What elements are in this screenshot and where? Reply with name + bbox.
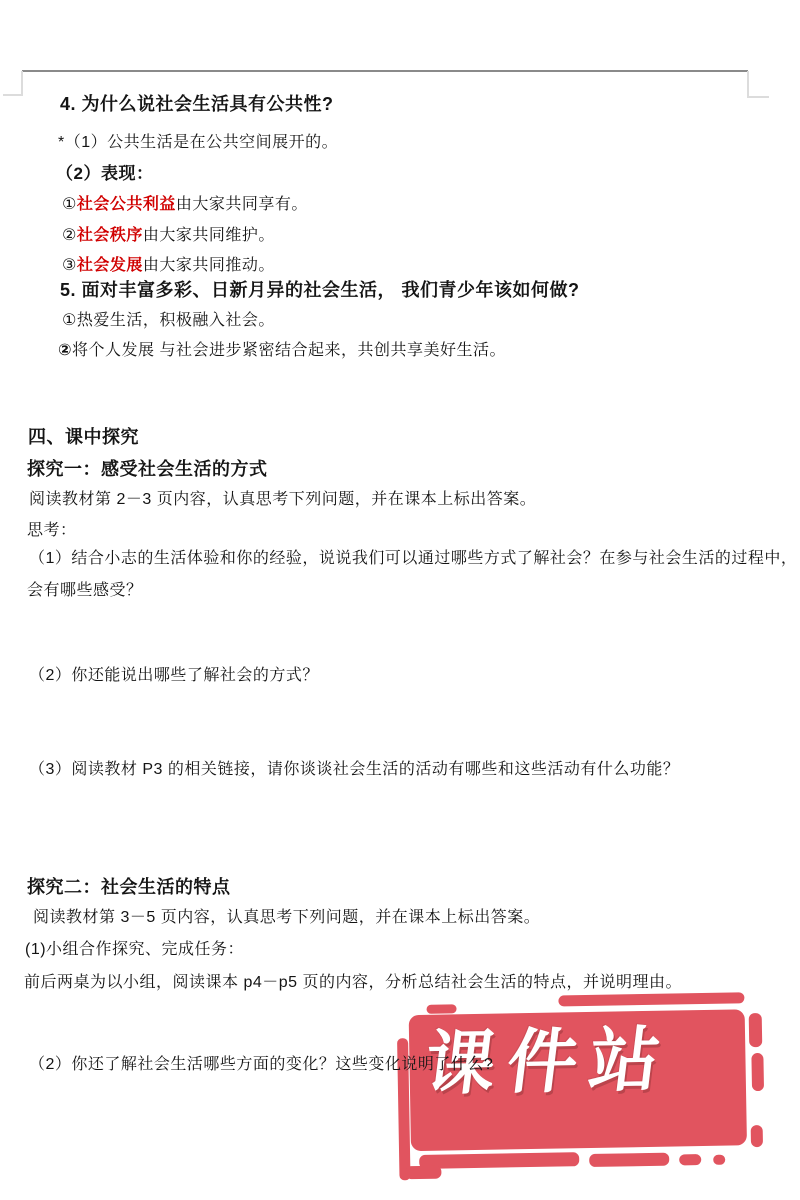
q4-expression-item-1: ①社会公共利益由大家共同享有。 [62, 195, 308, 215]
inquiry2-title: 探究二：社会生活的特点 [27, 876, 231, 899]
inquiry1-q2: （2）你还能说出哪些了解社会的方式？ [29, 666, 319, 686]
inquiry2-q2: （2）你还了解社会生活哪些方面的变化？这些变化说明了什么? [29, 1055, 493, 1075]
stamp-border-bottom-dash-2 [589, 1153, 669, 1167]
item-marker: ③ [62, 257, 77, 274]
stamp-border-bottom-dash-3 [679, 1154, 701, 1165]
q5-item-1: ①热爱生活，积极融入社会。 [62, 311, 275, 331]
red-term: 社会公共利益 [77, 196, 176, 213]
inquiry2-task-detail: 前后两桌为以小组，阅读课本 p4－p5 页的内容，分析总结社会生活的特点，并说明… [24, 973, 682, 993]
q5-item-2: ②将个人发展 与社会进步紧密结合起来，共创共享美好生活。 [58, 341, 506, 361]
q5-heading: 5. 面对丰富多彩、日新月异的社会生活， 我们青少年该如何做? [60, 279, 580, 302]
inquiry1-q1-line1: （1）结合小志的生活体验和你的经验，说说我们可以通过哪些方式了解社会？在参与社会… [29, 549, 797, 569]
page-corner-mark-right-vertical [747, 71, 749, 98]
q4-point1: *（1）公共生活是在公共空间展开的。 [58, 133, 338, 153]
document-page: 4. 为什么说社会生活具有公共性? *（1）公共生活是在公共空间展开的。 （2）… [0, 0, 800, 1200]
item-rest-text: 将个人发展 与社会进步紧密结合起来，共创共享美好生活。 [72, 342, 506, 359]
red-term: 社会发展 [77, 257, 143, 274]
stamp-border-right-segment-3 [751, 1125, 763, 1147]
inquiry2-instruction: 阅读教材第 3－5 页内容，认真思考下列问题，并在课本上标出答案。 [33, 908, 540, 928]
page-corner-mark-left-horizontal [3, 94, 23, 96]
stamp-border-right-segment-2 [751, 1053, 764, 1091]
stamp-border-top-fragment [426, 1004, 456, 1014]
red-term: 社会秩序 [77, 227, 143, 244]
page-corner-mark-left-vertical [21, 71, 23, 96]
inquiry1-q3: （3）阅读教材 P3 的相关链接，请你谈谈社会生活的活动有哪些和这些活动有什么功… [29, 760, 679, 780]
item-rest-text: 由大家共同享有。 [176, 196, 308, 213]
watermark-stamp: 课件站 [396, 985, 782, 1197]
stamp-border-top [558, 992, 744, 1006]
inquiry1-instruction: 阅读教材第 2－3 页内容，认真思考下列问题，并在课本上标出答案。 [29, 490, 536, 510]
inquiry1-think-label: 思考： [27, 521, 77, 541]
item-rest-text: 由大家共同推动。 [143, 257, 275, 274]
stamp-border-bottom-left-corner [405, 1166, 441, 1180]
item-rest-text: 由大家共同维护。 [143, 227, 275, 244]
item-marker: ② [58, 342, 72, 359]
inquiry1-q1-line2: 会有哪些感受？ [27, 581, 143, 601]
item-marker: ① [62, 196, 77, 213]
item-marker: ② [62, 227, 77, 244]
q4-point2-label: （2）表现： [56, 163, 153, 184]
section4-title: 四、课中探究 [28, 426, 139, 449]
inquiry2-task-label: (1)小组合作探究、完成任务： [25, 940, 244, 960]
inquiry1-title: 探究一：感受社会生活的方式 [27, 458, 268, 481]
page-top-rule [22, 70, 748, 72]
stamp-border-bottom-dash-4 [713, 1155, 725, 1165]
q4-expression-item-3: ③社会发展由大家共同推动。 [62, 256, 275, 276]
page-corner-mark-right-horizontal [747, 96, 769, 98]
stamp-border-right-segment-1 [749, 1013, 763, 1047]
q4-expression-item-2: ②社会秩序由大家共同维护。 [62, 226, 275, 246]
stamp-border-bottom-dash-1 [419, 1152, 579, 1169]
q4-heading: 4. 为什么说社会生活具有公共性? [60, 93, 334, 116]
